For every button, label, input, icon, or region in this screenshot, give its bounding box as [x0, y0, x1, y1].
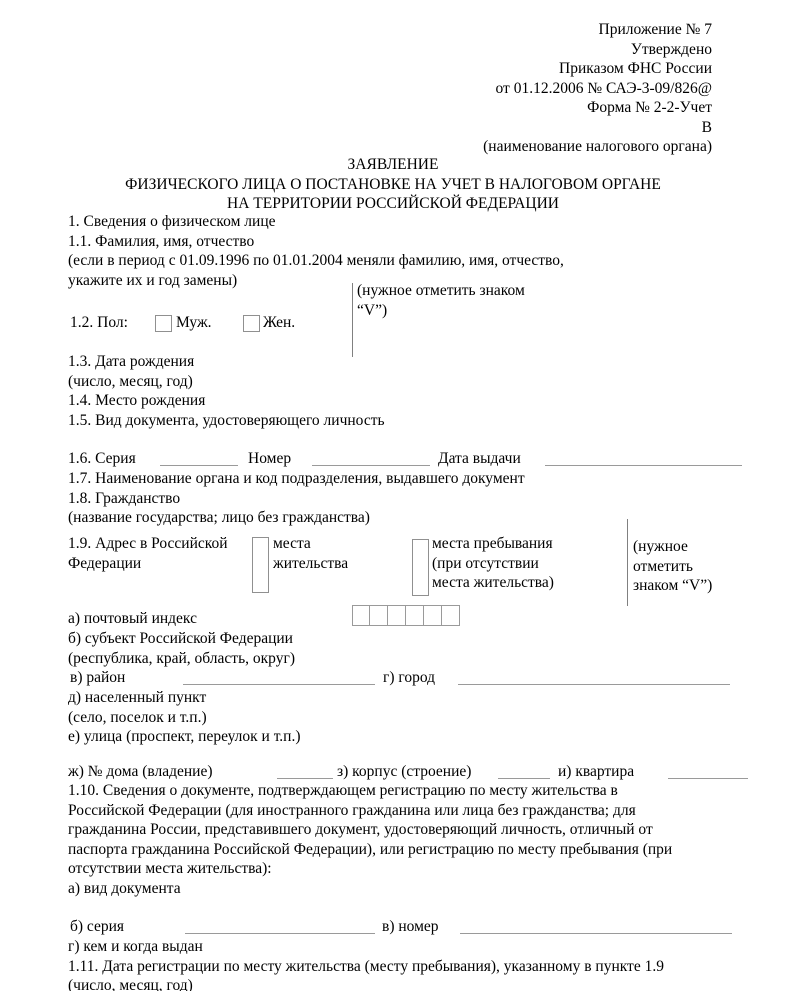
fio-label: 1.1. Фамилия, имя, отчество — [68, 232, 564, 252]
address-mark-note: (нужное отметить знаком “V”) — [633, 537, 712, 596]
reg-series-row: б) серия в) номер — [0, 917, 786, 937]
doc-issue-date-field[interactable] — [545, 449, 742, 466]
address-label-line-1: 1.9. Адрес в Российской — [68, 534, 228, 554]
doc-number-field[interactable] — [312, 449, 430, 466]
residence-label: места жительства — [273, 534, 348, 573]
reg-series-field[interactable] — [185, 917, 375, 934]
section-1-block: 1. Сведения о физическом лице 1.1. Фамил… — [68, 212, 564, 290]
postal-code-cell[interactable] — [442, 605, 460, 626]
header-line-form-number: Форма № 2-2-Учет — [0, 98, 712, 118]
form-title: ЗАЯВЛЕНИЕ ФИЗИЧЕСКОГО ЛИЦА О ПОСТАНОВКЕ … — [0, 155, 786, 214]
birth-place-label: 1.4. Место рождения — [68, 391, 385, 411]
settlement-label: д) населенный пункт — [68, 688, 301, 708]
title-line-2: ФИЗИЧЕСКОГО ЛИЦА О ПОСТАНОВКЕ НА УЧЕТ В … — [0, 175, 786, 195]
header-line-approved: Утверждено — [0, 40, 712, 60]
city-label: г) город — [383, 668, 435, 688]
reg-number-field[interactable] — [460, 917, 732, 934]
subject-block: б) субъект Российской Федерации (республ… — [68, 629, 295, 668]
address-mark-note-line-3: знаком “V”) — [633, 576, 712, 596]
doc-type-label: а) вид документа — [68, 879, 672, 899]
doc-series-label: 1.6. Серия — [68, 449, 136, 469]
birth-date-note: (число, месяц, год) — [68, 372, 385, 392]
building-label: з) корпус (строение) — [337, 762, 471, 782]
reg-date-block: г) кем и когда выдан 1.11. Дата регистра… — [68, 937, 664, 991]
doc-issue-date-label: Дата выдачи — [438, 449, 521, 469]
male-label: Муж. — [176, 313, 212, 333]
citizenship-note: (название государства; лицо без гражданс… — [68, 508, 525, 528]
city-field[interactable] — [458, 668, 730, 685]
address-label-line-2: Федерации — [68, 554, 228, 574]
birth-date-label: 1.3. Дата рождения — [68, 352, 385, 372]
subject-note: (республика, край, область, округ) — [68, 649, 295, 669]
issuer-citizenship-block: 1.7. Наименование органа и код подраздел… — [68, 469, 525, 528]
header-line-order: Приказом ФНС России — [0, 59, 712, 79]
citizenship-label: 1.8. Гражданство — [68, 489, 525, 509]
house-row: ж) № дома (владение) з) корпус (строение… — [0, 762, 786, 782]
paragraph-line-3: гражданина России, представившего докуме… — [68, 820, 672, 840]
street-label: е) улица (проспект, переулок и т.п.) — [68, 727, 301, 747]
paragraph-line-2: Российской Федерации (для иностранного г… — [68, 801, 672, 821]
male-checkbox[interactable] — [155, 315, 172, 332]
settlement-street-block: д) населенный пункт (село, поселок и т.п… — [68, 688, 301, 747]
reg-date-label: 1.11. Дата регистрации по месту жительст… — [68, 957, 664, 977]
gender-label: 1.2. Пол: — [70, 313, 128, 333]
reg-issuer-label: г) кем и когда выдан — [68, 937, 664, 957]
registration-paragraph: 1.10. Сведения о документе, подтверждающ… — [68, 781, 672, 898]
fio-note-1: (если в период с 01.09.1996 по 01.01.200… — [68, 251, 564, 271]
residence-checkbox[interactable] — [252, 537, 269, 593]
apartment-field[interactable] — [668, 762, 748, 779]
paragraph-line-1: 1.10. Сведения о документе, подтверждающ… — [68, 781, 672, 801]
stay-checkbox[interactable] — [412, 539, 429, 596]
female-checkbox[interactable] — [243, 315, 260, 332]
female-label: Жен. — [263, 313, 295, 333]
postal-code-cell[interactable] — [370, 605, 388, 626]
title-line-1: ЗАЯВЛЕНИЕ — [0, 155, 786, 175]
postal-code-cell[interactable] — [424, 605, 442, 626]
paragraph-line-4: паспорта гражданина Российской Федерации… — [68, 840, 672, 860]
birth-id-block: 1.3. Дата рождения (число, месяц, год) 1… — [68, 352, 385, 430]
address-mark-divider — [627, 519, 628, 606]
address-label: 1.9. Адрес в Российской Федерации — [68, 534, 228, 573]
stay-label-line-1: места пребывания — [432, 534, 554, 554]
address-mark-note-line-1: (нужное — [633, 537, 712, 557]
postal-code-cell[interactable] — [388, 605, 406, 626]
district-label: в) район — [70, 668, 125, 688]
gender-row: 1.2. Пол: Муж. Жен. — [0, 313, 786, 335]
doc-series-field[interactable] — [160, 449, 238, 466]
residence-label-line-1: места — [273, 534, 348, 554]
doc-number-label: Номер — [248, 449, 291, 469]
section-1-heading: 1. Сведения о физическом лице — [68, 212, 564, 232]
postal-code-cell[interactable] — [406, 605, 424, 626]
postal-code-cell[interactable] — [352, 605, 370, 626]
residence-label-line-2: жительства — [273, 554, 348, 574]
building-field[interactable] — [498, 762, 550, 779]
district-row: в) район г) город — [0, 668, 786, 688]
postal-code-cells[interactable] — [352, 605, 460, 626]
house-label: ж) № дома (владение) — [68, 762, 213, 782]
reg-number-label: в) номер — [382, 917, 439, 937]
title-line-3: НА ТЕРРИТОРИИ РОССИЙСКОЙ ФЕДЕРАЦИИ — [0, 194, 786, 214]
stay-label: места пребывания (при отсутствии места ж… — [432, 534, 554, 593]
header-line-authority-note: (наименование налогового органа) — [0, 137, 712, 157]
mark-note-line-1: (нужное отметить знаком — [357, 281, 525, 301]
doc-series-row: 1.6. Серия Номер Дата выдачи — [0, 449, 786, 469]
header-line-order-number: от 01.12.2006 № САЭ-3-09/826@ — [0, 79, 712, 99]
address-mark-note-line-2: отметить — [633, 557, 712, 577]
header-block: Приложение № 7 Утверждено Приказом ФНС Р… — [0, 20, 712, 157]
stay-label-line-2: (при отсутствии — [432, 554, 554, 574]
stay-label-line-3: места жительства) — [432, 573, 554, 593]
house-field[interactable] — [277, 762, 333, 779]
district-field[interactable] — [183, 668, 375, 685]
header-line-annex: Приложение № 7 — [0, 20, 712, 40]
id-doc-label: 1.5. Вид документа, удостоверяющего личн… — [68, 411, 385, 431]
postal-label: а) почтовый индекс — [68, 609, 197, 629]
doc-issuer-label: 1.7. Наименование органа и код подраздел… — [68, 469, 525, 489]
paragraph-line-5: отсутствии места жительства): — [68, 859, 672, 879]
reg-date-note: (число, месяц, год) — [68, 976, 664, 991]
header-line-to: В — [0, 118, 712, 138]
application-form-page: Приложение № 7 Утверждено Приказом ФНС Р… — [0, 0, 786, 991]
reg-series-label: б) серия — [70, 917, 124, 937]
subject-label: б) субъект Российской Федерации — [68, 629, 295, 649]
apartment-label: и) квартира — [558, 762, 634, 782]
settlement-note: (село, поселок и т.п.) — [68, 708, 301, 728]
